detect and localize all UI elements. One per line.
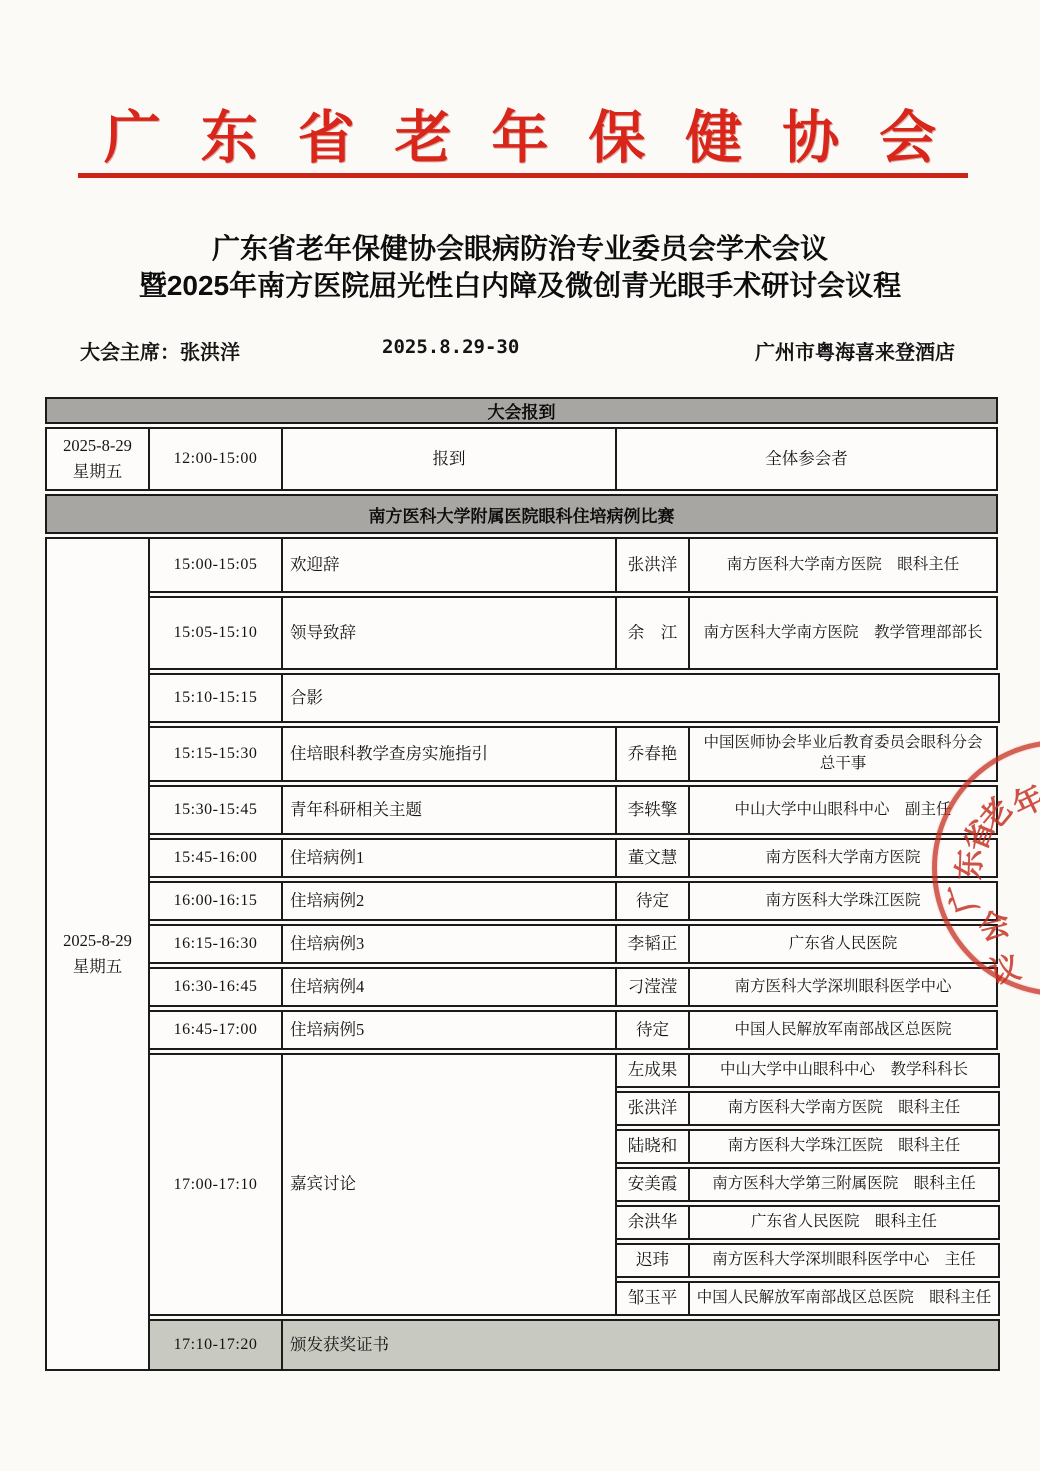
topic-cell: 住培病例2	[281, 881, 617, 921]
guest-row: 安美霞 南方医科大学第三附属医院 眼科主任	[615, 1167, 1000, 1202]
speaker-name-cell: 待定	[615, 881, 690, 921]
org-title: 广东省老年保健协会	[0, 92, 1040, 174]
topic-cell: 住培病例3	[281, 924, 617, 964]
speaker-name-cell: 刁滢滢	[615, 967, 690, 1007]
topic-cell: 合影	[281, 673, 1000, 723]
date-cell: 2025-8-29 星期五	[45, 537, 150, 1371]
affiliation-cell: 南方医科大学南方医院 眼科主任	[688, 1091, 1000, 1126]
topic-cell: 嘉宾讨论	[281, 1053, 617, 1316]
time-cell: 12:00-15:00	[148, 427, 283, 491]
audience-cell: 全体参会者	[615, 427, 998, 491]
schedule-row: 15:10-15:15 合影	[148, 673, 1000, 723]
conference-title: 广东省老年保健协会眼病防治专业委员会学术会议 暨2025年南方医院屈光性白内障及…	[0, 230, 1040, 304]
speaker-name-cell: 乔春艳	[615, 726, 690, 782]
affiliation-cell: 南方医科大学深圳眼科医学中心 主任	[688, 1243, 1000, 1278]
chair-label: 大会主席：张洪洋	[80, 336, 240, 365]
time-cell: 16:30-16:45	[148, 967, 283, 1007]
competition-table: 2025-8-29 星期五 15:00-15:05 欢迎辞 张洪洋 南方医科大学…	[45, 537, 998, 1371]
schedule-row: 16:15-16:30 住培病例3 李韬正 广东省人民医院	[148, 924, 1000, 964]
registration-section-band: 大会报到	[45, 397, 998, 424]
registration-row: 2025-8-29 星期五 12:00-15:00 报到 全体参会者	[45, 427, 998, 491]
topic-cell: 青年科研相关主题	[281, 785, 617, 835]
affiliation-cell: 南方医科大学深圳眼科医学中心	[688, 967, 998, 1007]
competition-section-band: 南方医科大学附属医院眼科住培病例比赛	[45, 494, 998, 534]
speaker-name-cell: 陆晓和	[615, 1129, 690, 1164]
topic-cell: 欢迎辞	[281, 537, 617, 593]
time-cell: 17:10-17:20	[148, 1319, 283, 1371]
weekday-text: 星期五	[73, 459, 123, 485]
activity-cell: 报到	[281, 427, 617, 491]
topic-cell: 住培病例5	[281, 1010, 617, 1050]
time-cell: 15:15-15:30	[148, 726, 283, 782]
document-page: 广东省老年保健协会 广东省老年保健协会眼病防治专业委员会学术会议 暨2025年南…	[0, 0, 1040, 1471]
time-cell: 16:00-16:15	[148, 881, 283, 921]
schedule-row: 16:00-16:15 住培病例2 待定 南方医科大学珠江医院	[148, 881, 1000, 921]
speaker-name-cell: 左成果	[615, 1053, 690, 1088]
date-text: 2025-8-29	[63, 928, 132, 954]
schedule-row: 15:45-16:00 住培病例1 董文慧 南方医科大学南方医院	[148, 838, 1000, 878]
conference-dates: 2025.8.29-30	[382, 336, 519, 358]
time-cell: 15:00-15:05	[148, 537, 283, 593]
speaker-name-cell: 张洪洋	[615, 537, 690, 593]
time-cell: 16:45-17:00	[148, 1010, 283, 1050]
affiliation-cell: 中国人民解放军南部战区总医院 眼科主任	[688, 1281, 1000, 1316]
header-rule	[78, 173, 968, 178]
schedule-row: 15:05-15:10 领导致辞 余 江 南方医科大学南方医院 教学管理部部长	[148, 596, 1000, 670]
affiliation-cell: 中山大学中山眼科中心 副主任	[688, 785, 998, 835]
weekday-text: 星期五	[73, 954, 123, 980]
speaker-name-cell: 张洪洋	[615, 1091, 690, 1126]
schedule-row: 15:00-15:05 欢迎辞 张洪洋 南方医科大学南方医院 眼科主任	[148, 537, 1000, 593]
affiliation-cell: 南方医科大学南方医院 教学管理部部长	[688, 596, 998, 670]
guest-row: 陆晓和 南方医科大学珠江医院 眼科主任	[615, 1129, 1000, 1164]
affiliation-cell: 南方医科大学珠江医院	[688, 881, 998, 921]
competition-rows: 15:00-15:05 欢迎辞 张洪洋 南方医科大学南方医院 眼科主任 15:0…	[148, 537, 1000, 1371]
time-cell: 15:30-15:45	[148, 785, 283, 835]
speaker-name-cell: 董文慧	[615, 838, 690, 878]
topic-cell: 领导致辞	[281, 596, 617, 670]
topic-cell: 住培病例1	[281, 838, 617, 878]
affiliation-cell: 南方医科大学珠江医院 眼科主任	[688, 1129, 1000, 1164]
guest-row: 余洪华 广东省人民医院 眼科主任	[615, 1205, 1000, 1240]
conference-title-line2: 暨2025年南方医院屈光性白内障及微创青光眼手术研讨会议程	[0, 267, 1040, 304]
info-row: 大会主席：张洪洋 2025.8.29-30 广州市粤海喜来登酒店	[0, 336, 1040, 364]
affiliation-cell: 中国人民解放军南部战区总医院	[688, 1010, 998, 1050]
venue-label: 广州市粤海喜来登酒店	[755, 336, 955, 365]
conference-title-line1: 广东省老年保健协会眼病防治专业委员会学术会议	[0, 230, 1040, 267]
guest-row: 邹玉平 中国人民解放军南部战区总医院 眼科主任	[615, 1281, 1000, 1316]
affiliation-cell: 广东省人民医院 眼科主任	[688, 1205, 1000, 1240]
speaker-name-cell: 余 江	[615, 596, 690, 670]
time-cell: 17:00-17:10	[148, 1053, 283, 1316]
speaker-name-cell: 李轶擎	[615, 785, 690, 835]
speaker-name-cell: 待定	[615, 1010, 690, 1050]
speaker-name-cell: 李韬正	[615, 924, 690, 964]
schedule-row: 15:15-15:30 住培眼科教学查房实施指引 乔春艳 中国医师协会毕业后教育…	[148, 726, 1000, 782]
guest-row: 迟玮 南方医科大学深圳眼科医学中心 主任	[615, 1243, 1000, 1278]
affiliation-cell: 中山大学中山眼科中心 教学科科长	[688, 1053, 1000, 1088]
time-cell: 15:45-16:00	[148, 838, 283, 878]
affiliation-cell: 广东省人民医院	[688, 924, 998, 964]
schedule-row: 16:30-16:45 住培病例4 刁滢滢 南方医科大学深圳眼科医学中心	[148, 967, 1000, 1007]
stamp-char: 年	[1004, 771, 1040, 825]
affiliation-cell: 南方医科大学南方医院	[688, 838, 998, 878]
speaker-name-cell: 余洪华	[615, 1205, 690, 1240]
affiliation-cell: 南方医科大学第三附属医院 眼科主任	[688, 1167, 1000, 1202]
time-cell: 15:10-15:15	[148, 673, 283, 723]
org-title-text: 广东省老年保健协会	[104, 107, 976, 170]
discussion-row: 17:00-17:10 嘉宾讨论 左成果 中山大学中山眼科中心 教学科科长 张洪…	[148, 1053, 1000, 1316]
time-cell: 15:05-15:10	[148, 596, 283, 670]
affiliation-cell: 中国医师协会毕业后教育委员会眼科分会总干事	[688, 726, 998, 782]
schedule-row: 15:30-15:45 青年科研相关主题 李轶擎 中山大学中山眼科中心 副主任	[148, 785, 1000, 835]
affiliation-cell: 南方医科大学南方医院 眼科主任	[688, 537, 998, 593]
time-cell: 16:15-16:30	[148, 924, 283, 964]
guest-row: 张洪洋 南方医科大学南方医院 眼科主任	[615, 1091, 1000, 1126]
award-row: 17:10-17:20 颁发获奖证书	[148, 1319, 1000, 1371]
speaker-name-cell: 安美霞	[615, 1167, 690, 1202]
topic-cell: 住培病例4	[281, 967, 617, 1007]
schedule: 大会报到 2025-8-29 星期五 12:00-15:00 报到 全体参会者 …	[45, 397, 998, 1371]
schedule-row: 16:45-17:00 住培病例5 待定 中国人民解放军南部战区总医院	[148, 1010, 1000, 1050]
speaker-name-cell: 迟玮	[615, 1243, 690, 1278]
date-cell: 2025-8-29 星期五	[45, 427, 150, 491]
guest-list: 左成果 中山大学中山眼科中心 教学科科长 张洪洋 南方医科大学南方医院 眼科主任…	[615, 1053, 1000, 1316]
topic-cell: 住培眼科教学查房实施指引	[281, 726, 617, 782]
speaker-name-cell: 邹玉平	[615, 1281, 690, 1316]
topic-cell: 颁发获奖证书	[281, 1319, 1000, 1371]
date-text: 2025-8-29	[63, 433, 132, 459]
guest-row: 左成果 中山大学中山眼科中心 教学科科长	[615, 1053, 1000, 1088]
